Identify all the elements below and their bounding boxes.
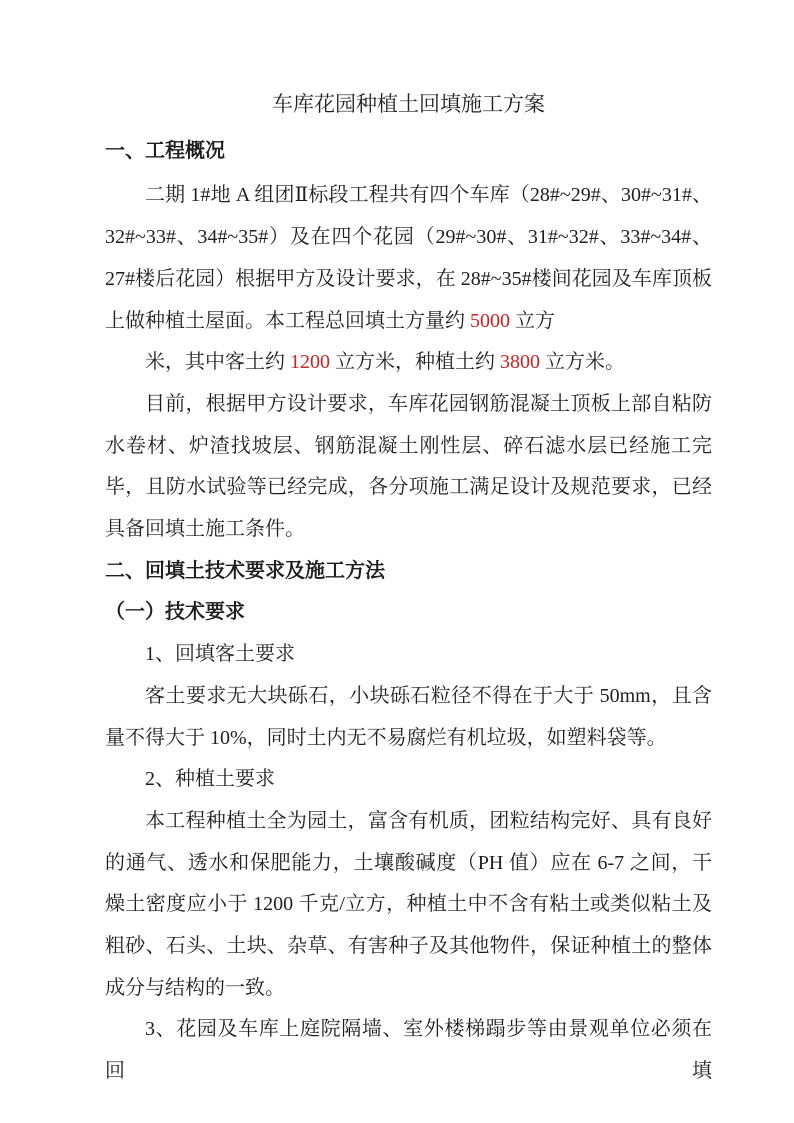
para-project-overview: 二期 1#地 A 组团Ⅱ标段工程共有四个车库（28#~29#、30#~31#、3… (105, 175, 712, 342)
item-2-heading: 2、种植土要求 (105, 759, 712, 801)
text-run: 立方米，种植土约 (330, 351, 500, 373)
highlight-planting-soil-volume: 3800 (500, 351, 540, 373)
section-2-heading: 二、回填土技术要求及施工方法 (105, 551, 712, 593)
item-2-body: 本工程种植土全为园土，富含有机质，团粒结构完好、具有良好的通气、透水和保肥能力，… (105, 801, 712, 1010)
text-run: 立方 (510, 310, 555, 332)
subsection-1-heading: （一）技术要求 (105, 592, 712, 634)
item-3-heading: 3、花园及车库上庭院隔墙、室外楼梯蹋步等由景观单位必须在回填 (105, 1009, 712, 1092)
text-run: 米，其中客土约 (145, 351, 290, 373)
highlight-guest-soil-volume: 1200 (290, 351, 330, 373)
doc-title: 车库花园种植土回填施工方案 (105, 84, 712, 126)
para-soil-volumes: 米，其中客土约 1200 立方米，种植土约 3800 立方米。 (105, 342, 712, 384)
para-current-status: 目前，根据甲方设计要求，车库花园钢筋混凝土顶板上部自粘防水卷材、炉渣找坡层、钢筋… (105, 384, 712, 551)
text-run: 二期 1#地 A 组团Ⅱ标段工程共有四个车库（28#~29#、30#~31#、3… (105, 184, 712, 331)
item-1-body: 客土要求无大块砾石，小块砾石粒径不得在于大于 50mm，且含量不得大于 10%，… (105, 676, 712, 759)
text-run: 立方米。 (540, 351, 625, 373)
item-1-heading: 1、回填客土要求 (105, 634, 712, 676)
highlight-total-backfill-volume: 5000 (470, 310, 510, 332)
section-1-heading: 一、工程概况 (105, 131, 712, 173)
document-page: 车库花园种植土回填施工方案 一、工程概况 二期 1#地 A 组团Ⅱ标段工程共有四… (0, 0, 794, 1123)
